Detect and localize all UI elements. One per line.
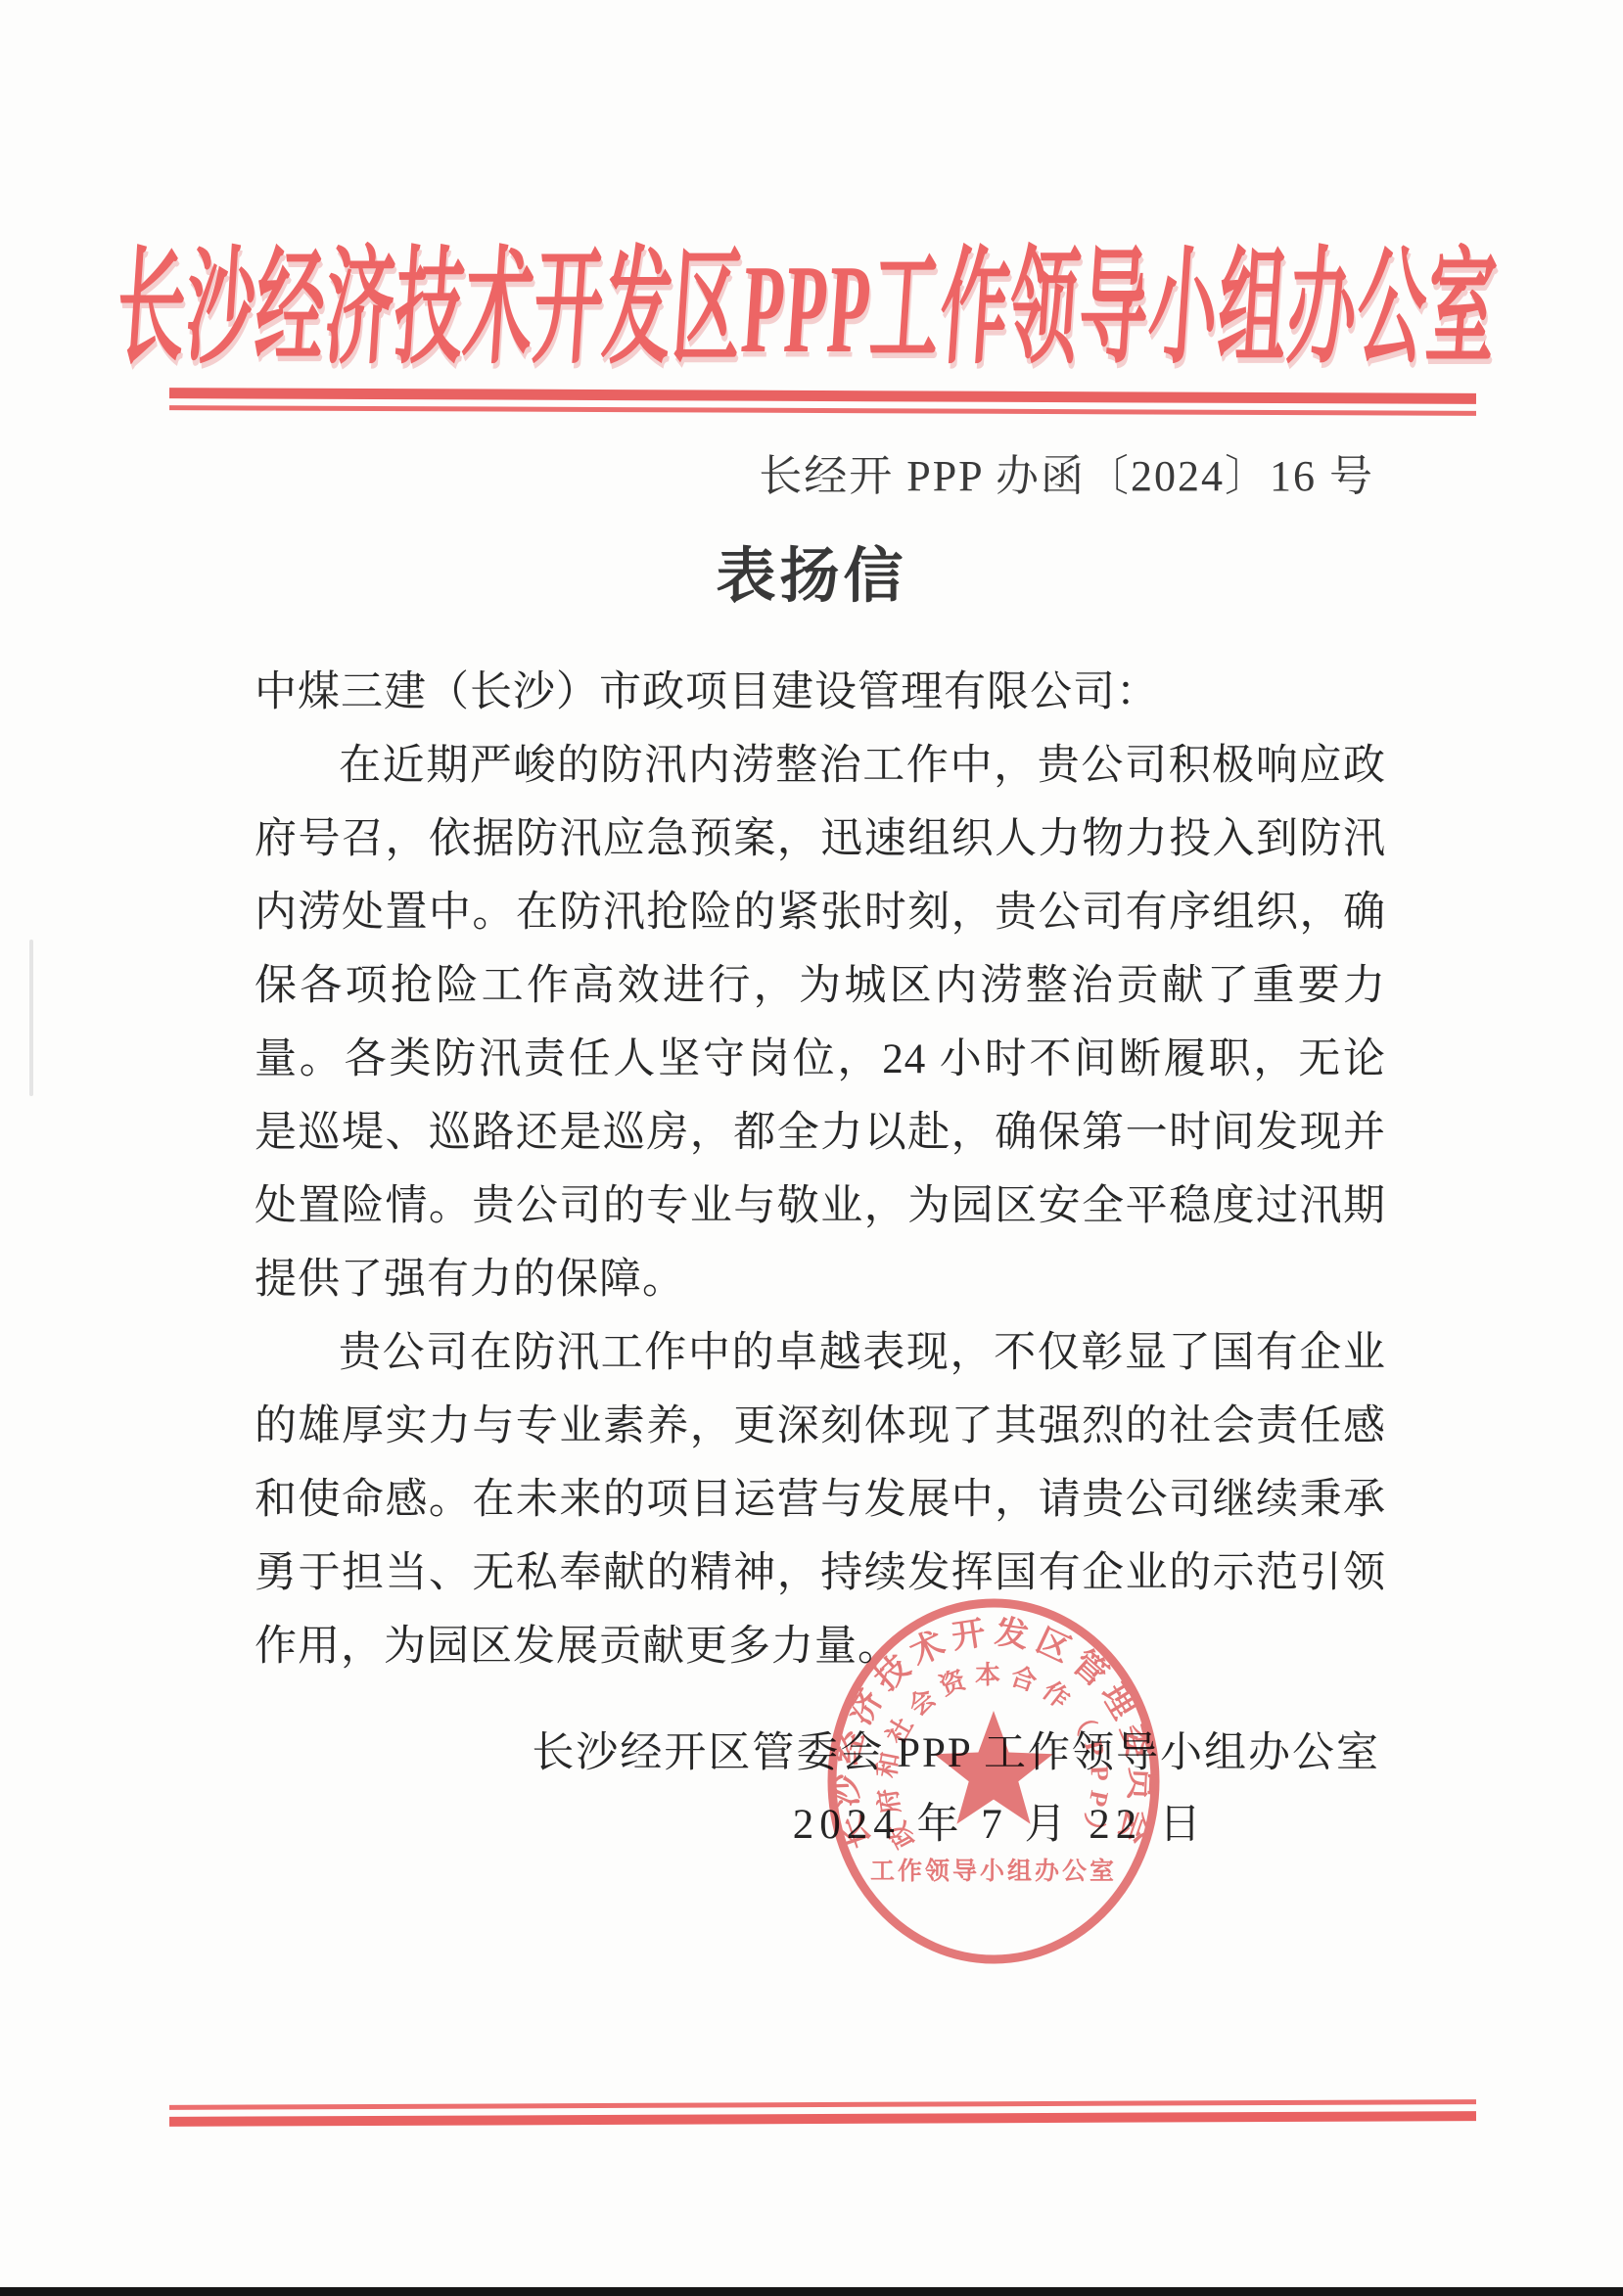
scan-edge-artifact xyxy=(0,2287,1623,2296)
official-seal: 长沙经济技术开发区管理委员会 政府和社会资本合作（PPP） 工作领导小组办公室 xyxy=(796,1584,1191,1979)
page-title: 表扬信 xyxy=(0,528,1623,614)
scan-smudge-artifact xyxy=(29,940,33,1096)
seal-bottom-text: 工作领导小组办公室 xyxy=(870,1857,1117,1885)
header-rule-thin xyxy=(169,405,1476,416)
document-number: 长经开 PPP 办函〔2024〕16 号 xyxy=(0,440,1374,503)
footer-rule-thin xyxy=(169,2099,1476,2110)
footer-rule-thick xyxy=(169,2111,1476,2127)
paragraph-1: 在近期严峻的防汛内涝整治工作中，贵公司积极响应政府号召，依据防汛应急预案，迅速组… xyxy=(255,729,1386,1316)
salutation: 中煤三建（长沙）市政项目建设管理有限公司： xyxy=(255,656,1386,729)
letter-body: 中煤三建（长沙）市政项目建设管理有限公司： 在近期严峻的防汛内涝整治工作中，贵公… xyxy=(255,656,1386,1683)
header-rule-thick xyxy=(169,388,1476,404)
seal-star-icon xyxy=(934,1711,1053,1824)
letterhead: 长沙经济技术开发区PPP工作领导小组办公室 xyxy=(0,243,1623,335)
document-page: 长沙经济技术开发区PPP工作领导小组办公室 长经开 PPP 办函〔2024〕16… xyxy=(0,0,1623,2296)
letterhead-title: 长沙经济技术开发区PPP工作领导小组办公室 xyxy=(113,243,1502,381)
